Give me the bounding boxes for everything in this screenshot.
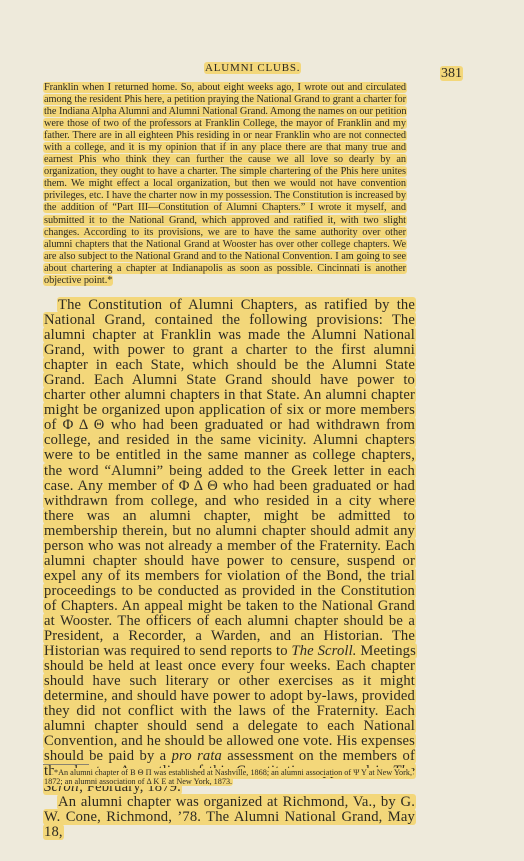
footnote-rule xyxy=(43,764,89,765)
book-page: ALUMNI CLUBS. 381 Franklin when I return… xyxy=(0,0,524,861)
page-number-text: 381 xyxy=(440,66,463,81)
quoted-letter-text: Franklin when I returned home. So, about… xyxy=(43,82,407,286)
paragraph-richmond: An alumni chapter was organized at Richm… xyxy=(43,795,416,840)
footnote-text: *An alumni chapter of Β Θ Π was establis… xyxy=(43,768,413,786)
quoted-letter: Franklin when I returned home. So, about… xyxy=(43,82,407,287)
italic-pro-rata: pro rata xyxy=(172,748,222,764)
italic-title-scroll: The Scroll. xyxy=(291,643,356,659)
footnote: *An alumni chapter of Β Θ Π was establis… xyxy=(43,768,413,787)
paragraph-constitution: The Constitution of Alumni Chapters, as … xyxy=(43,298,416,795)
paragraph-text: An alumni chapter was organized at Richm… xyxy=(43,794,416,840)
running-head: ALUMNI CLUBS. xyxy=(204,62,301,74)
page-number: 381 xyxy=(440,66,463,82)
running-head-text: ALUMNI CLUBS. xyxy=(204,62,301,74)
body-text: The Constitution of Alumni Chapters, as … xyxy=(43,298,416,840)
paragraph-text: The Constitution of Alumni Chapters, as … xyxy=(43,297,417,795)
text-run: Meetings should be held at least once ev… xyxy=(44,643,416,764)
text-run: The Constitution of Alumni Chapters, as … xyxy=(44,297,415,659)
